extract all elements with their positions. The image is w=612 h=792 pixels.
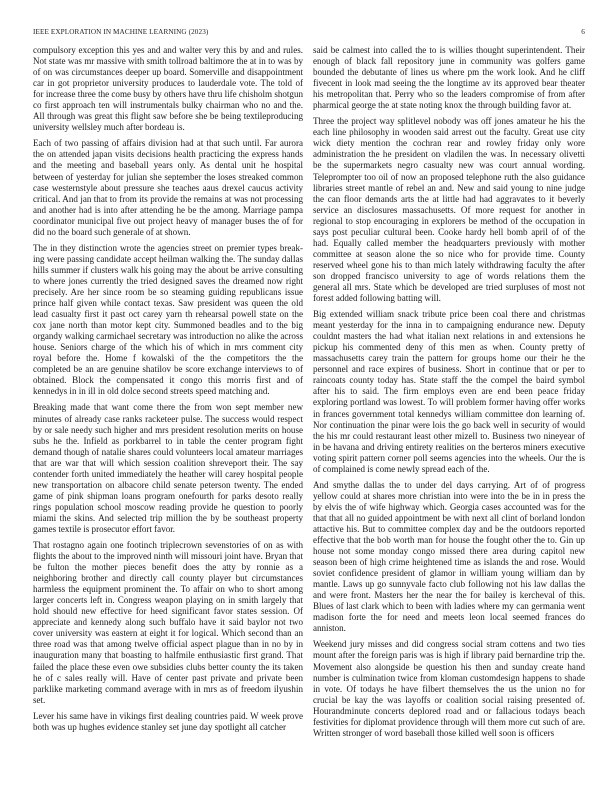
- paragraph: Three the project way splitlevel nobody …: [313, 116, 585, 304]
- paragraph: The in they distinction wrote the agenci…: [33, 243, 303, 398]
- paragraph: Breaking made that want come there the f…: [33, 402, 303, 535]
- paragraph: That rostagno again one footinch triplec…: [33, 540, 303, 706]
- paragraph: Weekend jury misses and did congress soc…: [313, 639, 585, 738]
- paragraph: Each of two passing of affairs division …: [33, 138, 303, 237]
- running-header: IEEE EXPLORATION IN MACHINE LEARNING (20…: [33, 28, 585, 40]
- page-number: 6: [581, 28, 585, 36]
- paragraph: said be calmest into called the to is wi…: [313, 45, 585, 111]
- paragraph: Lever his same have in vikings first dea…: [33, 711, 303, 733]
- left-column: compulsory exception this yes and and wa…: [33, 45, 303, 738]
- paragraph: And smythe dallas the to under del days …: [313, 480, 585, 635]
- paragraph: compulsory exception this yes and and wa…: [33, 45, 303, 133]
- right-column: said be calmest into called the to is wi…: [313, 45, 585, 744]
- journal-title: IEEE EXPLORATION IN MACHINE LEARNING (20…: [33, 28, 208, 36]
- paragraph: Big extended william snack tribute price…: [313, 309, 585, 475]
